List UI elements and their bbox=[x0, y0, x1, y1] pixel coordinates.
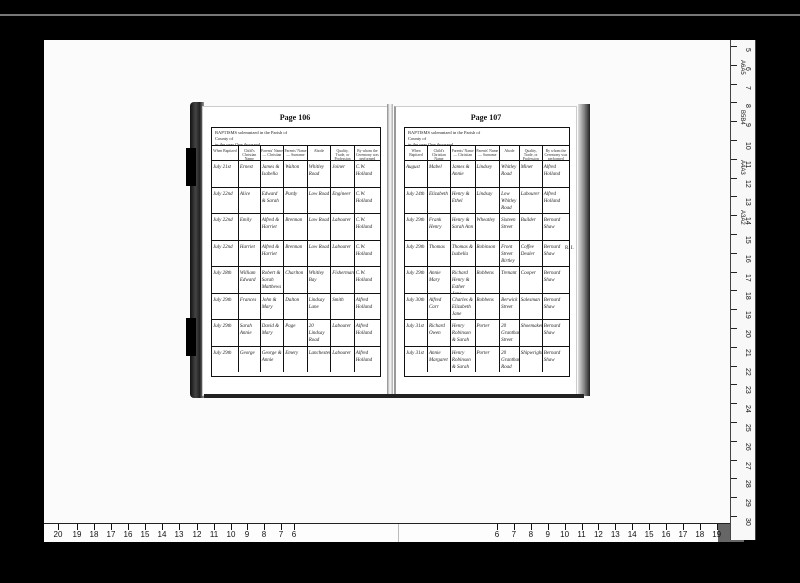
col-header: Abode bbox=[308, 146, 332, 160]
entry-date: July 28th bbox=[212, 267, 239, 293]
entry-child: Frances bbox=[239, 294, 261, 320]
entry-christian: Alfred & Harriet bbox=[261, 214, 285, 240]
entry-date: July 29th bbox=[405, 241, 428, 267]
ruler-label: 10 bbox=[227, 530, 236, 539]
right-page: Page 107 BAPTISMS solemnized in the Pari… bbox=[394, 106, 577, 396]
book-edge-right bbox=[578, 104, 590, 396]
ruler-label: 9 bbox=[744, 123, 751, 127]
entry-date: July 31st bbox=[405, 347, 428, 373]
entry-trade: Joiner bbox=[331, 161, 355, 187]
bottom-measuring-ruler: 2019181716151413121110987667891011121314… bbox=[44, 523, 744, 542]
ruler-label: 28 bbox=[744, 480, 751, 488]
entry-trade: Labourer bbox=[520, 188, 543, 214]
register-entry-row: July 31stAnnie MargaretHenry Robinson & … bbox=[405, 347, 569, 373]
entry-child: Alice bbox=[239, 188, 261, 214]
ruler-label: 18 bbox=[744, 292, 751, 300]
entry-by-whom: Alfred Holland bbox=[355, 347, 380, 373]
col-header: When Baptized bbox=[212, 146, 239, 160]
entry-trade: Labourer bbox=[331, 320, 355, 346]
ruler-label: 20 bbox=[744, 330, 751, 338]
col-header: Parents' Name — Surname bbox=[284, 146, 308, 160]
left-page-title: Page 106 bbox=[203, 113, 387, 122]
paper-size-stamp: A6A5 bbox=[739, 60, 745, 75]
right-entries: AugustMabelJames & AnnieLindseyWhitley R… bbox=[405, 161, 569, 372]
entry-child: Richard Owen bbox=[428, 320, 451, 346]
entry-child: Mabel bbox=[428, 161, 451, 187]
ruler-label: 21 bbox=[744, 349, 751, 357]
right-register-table: BAPTISMS solemnized in the Parish of Cou… bbox=[404, 127, 570, 377]
ruler-tick bbox=[731, 121, 737, 122]
ruler-label: 27 bbox=[744, 462, 751, 470]
ruler-tick bbox=[731, 253, 737, 254]
entry-by-whom: Alfred Holland bbox=[543, 188, 569, 214]
register-entry-row: July 22ndEmilyAlfred & HarrietBrennanLow… bbox=[212, 214, 380, 241]
ruler-tick bbox=[731, 309, 737, 310]
ruler-label: 10 bbox=[744, 142, 751, 150]
ruler-tick bbox=[731, 215, 737, 216]
ruler-label: 13 bbox=[175, 530, 184, 539]
ruler-label: 16 bbox=[744, 255, 751, 263]
binding-tab-bottom bbox=[186, 318, 196, 356]
col-header: Child's Christian Name bbox=[428, 146, 451, 160]
entry-date: July 24th bbox=[405, 188, 428, 214]
entry-trade: Fisherman bbox=[331, 267, 355, 293]
entry-abode: Lindsay Lane bbox=[308, 294, 332, 320]
ruler-tick bbox=[731, 272, 737, 273]
entry-date: August bbox=[405, 161, 428, 187]
paper-size-stamp: A4A3 bbox=[739, 160, 745, 175]
entry-child: William Edward bbox=[239, 267, 261, 293]
right-column-headers: When Baptized Child's Christian Name Par… bbox=[405, 146, 569, 161]
ruler-tick bbox=[731, 516, 737, 517]
entry-date: July 29th bbox=[405, 267, 428, 293]
col-header: When Baptized bbox=[405, 146, 428, 160]
ruler-label: 17 bbox=[744, 274, 751, 282]
entry-surname: Brennan bbox=[284, 241, 308, 267]
entry-date: July 30th bbox=[405, 294, 428, 320]
ruler-label: 9 bbox=[245, 530, 249, 539]
register-entry-row: July 29thFrank HenryHenry & Sarah AnnWhe… bbox=[405, 214, 569, 241]
book-gutter bbox=[387, 104, 393, 396]
ruler-label: 29 bbox=[744, 499, 751, 507]
ruler-label: 5 bbox=[744, 48, 751, 52]
ruler-tick bbox=[731, 46, 737, 47]
entry-surname: Page bbox=[284, 320, 308, 346]
register-entry-row: July 29thGeorgeGeorge & AnnieEmeryLanche… bbox=[212, 347, 380, 373]
scan-edge-line bbox=[0, 14, 800, 16]
entry-surname: Lindsay bbox=[476, 188, 501, 214]
entry-trade: Miner bbox=[520, 161, 543, 187]
entry-date: July 29th bbox=[212, 347, 239, 373]
entry-abode: Whitley Bay bbox=[308, 267, 332, 293]
register-entry-row: July 21stErnestJames & IsabellaWaltonWhi… bbox=[212, 161, 380, 188]
ruler-tick bbox=[731, 328, 737, 329]
entry-trade: Cooper bbox=[520, 267, 543, 293]
ruler-tick bbox=[731, 460, 737, 461]
ruler-label: 6 bbox=[495, 530, 499, 539]
entry-christian: Charles & Elizabeth Jane bbox=[451, 294, 476, 320]
entry-surname: Lindsey bbox=[476, 161, 501, 187]
entry-christian: Thomas & Isabella bbox=[451, 241, 476, 267]
entry-by-whom: C.W. Holland bbox=[355, 188, 380, 214]
entry-abode: Whitley Road bbox=[500, 161, 520, 187]
entry-abode: Berwick Street bbox=[500, 294, 520, 320]
entry-child: Annie Margaret bbox=[428, 347, 451, 373]
ruler-label: 6 bbox=[292, 530, 296, 539]
ruler-label: 15 bbox=[645, 530, 654, 539]
entry-by-whom: Alfred Holland bbox=[543, 161, 569, 187]
ruler-label: 13 bbox=[611, 530, 620, 539]
col-header: Abode bbox=[500, 146, 520, 160]
ruler-label: 22 bbox=[744, 368, 751, 376]
entry-abode: Lanchester bbox=[308, 347, 332, 373]
ruler-tick bbox=[731, 65, 737, 66]
ruler-join bbox=[398, 524, 399, 542]
entry-child: Annie Mary bbox=[428, 267, 451, 293]
margin-note: R. I. bbox=[565, 246, 574, 251]
entry-trade: Labourer bbox=[331, 214, 355, 240]
left-column-headers: When Baptized Child's Christian Name Par… bbox=[212, 146, 380, 161]
entry-surname: Brennan bbox=[284, 214, 308, 240]
entry-abode: Low Whitley Road bbox=[500, 188, 520, 214]
entry-trade: Salesman bbox=[520, 294, 543, 320]
ruler-tick bbox=[731, 441, 737, 442]
entry-surname: Wheatley bbox=[476, 214, 501, 240]
col-header: Child's Christian Name bbox=[239, 146, 261, 160]
ruler-label: 30 bbox=[744, 518, 751, 526]
entry-date: July 29th bbox=[212, 294, 239, 320]
entry-abode: 20 Grantham Road bbox=[500, 347, 520, 373]
left-entries: July 21stErnestJames & IsabellaWaltonWhi… bbox=[212, 161, 380, 372]
paper-size-stamp: B5B4 bbox=[739, 110, 745, 125]
entry-surname: Walton bbox=[284, 161, 308, 187]
entry-child: Frank Henry bbox=[428, 214, 451, 240]
ruler-tick bbox=[731, 422, 737, 423]
entry-trade: Labourer bbox=[331, 241, 355, 267]
binding-tab-top bbox=[186, 148, 196, 186]
register-entry-row: July 31stRichard OwenHenry Robinson & Sa… bbox=[405, 320, 569, 347]
ruler-label: 24 bbox=[744, 405, 751, 413]
entry-surname: Porter bbox=[476, 320, 501, 346]
entry-christian: John & Mary bbox=[261, 294, 285, 320]
entry-child: Thomas bbox=[428, 241, 451, 267]
entry-christian: Henry Robinson & Sarah bbox=[451, 320, 476, 346]
col-header: By whom the Ceremony was performed bbox=[543, 146, 569, 160]
ruler-label: 25 bbox=[744, 424, 751, 432]
entry-date: July 22nd bbox=[212, 214, 239, 240]
entry-child: Elizabeth bbox=[428, 188, 451, 214]
entry-surname: Dalton bbox=[284, 294, 308, 320]
entry-christian: Robert & Sarah Matthews bbox=[261, 267, 285, 293]
ruler-label: 7 bbox=[744, 86, 751, 90]
entry-by-whom: C.W. Holland bbox=[355, 241, 380, 267]
entry-christian: James & Annie bbox=[451, 161, 476, 187]
ruler-label: 18 bbox=[695, 530, 704, 539]
entry-trade: Labourer bbox=[331, 347, 355, 373]
col-header: Parents' Name — Surname bbox=[476, 146, 501, 160]
left-register-header: BAPTISMS solemnized in the Parish of Cou… bbox=[212, 128, 380, 146]
ruler-label: 19 bbox=[73, 530, 82, 539]
entry-by-whom: C.W. Holland bbox=[355, 161, 380, 187]
ruler-tick bbox=[731, 140, 737, 141]
ruler-label: 26 bbox=[744, 443, 751, 451]
ruler-label: 20 bbox=[54, 530, 63, 539]
ruler-label: 19 bbox=[744, 311, 751, 319]
register-entry-row: July 30thAlfred CarrCharles & Elizabeth … bbox=[405, 294, 569, 321]
ruler-tick bbox=[731, 347, 737, 348]
paper-size-stamp: A3A2 bbox=[739, 210, 745, 225]
entry-abode: Front Street Birtley bbox=[500, 241, 520, 267]
ruler-tick bbox=[731, 178, 737, 179]
entry-child: George bbox=[239, 347, 261, 373]
entry-abode: Low Road bbox=[308, 188, 332, 214]
ruler-label: 11 bbox=[210, 530, 218, 539]
ruler-label: 11 bbox=[744, 161, 751, 168]
register-entry-row: July 22ndHarrietAlfred & HarrietBrennanL… bbox=[212, 241, 380, 268]
entry-abode: 20 Lindsay Road bbox=[308, 320, 332, 346]
entry-child: Alfred Carr bbox=[428, 294, 451, 320]
entry-surname: Robbens bbox=[476, 294, 501, 320]
entry-christian: James & Isabella bbox=[261, 161, 285, 187]
ruler-tick bbox=[731, 403, 737, 404]
entry-surname: Emery bbox=[284, 347, 308, 373]
left-page: Page 106 BAPTISMS solemnized in the Pari… bbox=[202, 106, 389, 396]
entry-christian: Henry Robinson & Sarah bbox=[451, 347, 476, 373]
ruler-label: 16 bbox=[124, 530, 133, 539]
entry-date: July 29th bbox=[212, 320, 239, 346]
col-header: By whom the Ceremony was performed bbox=[355, 146, 380, 160]
ruler-label: 10 bbox=[560, 530, 569, 539]
ruler-tick bbox=[731, 196, 737, 197]
ruler-label: 8 bbox=[262, 530, 266, 539]
entry-by-whom: Alfred Holland bbox=[355, 294, 380, 320]
entry-by-whom: Bernard Shaw bbox=[543, 214, 569, 240]
entry-abode: Low Road bbox=[308, 241, 332, 267]
entry-by-whom: Alfred Holland bbox=[355, 320, 380, 346]
ruler-label: 17 bbox=[107, 530, 116, 539]
ruler-tick bbox=[731, 102, 737, 103]
entry-date: July 22nd bbox=[212, 241, 239, 267]
right-register-header: BAPTISMS solemnized in the Parish of Cou… bbox=[405, 128, 569, 146]
entry-abode: Whitley Road bbox=[308, 161, 332, 187]
entry-by-whom: Bernard Shaw bbox=[543, 347, 569, 373]
entry-trade: Shoemaker bbox=[520, 320, 543, 346]
register-entry-row: AugustMabelJames & AnnieLindseyWhitley R… bbox=[405, 161, 569, 188]
entry-by-whom: Bernard Shaw bbox=[543, 267, 569, 293]
ruler-label: 23 bbox=[744, 386, 751, 394]
entry-abode: 20 Grantham Street bbox=[500, 320, 520, 346]
ruler-label: 15 bbox=[141, 530, 150, 539]
entry-child: Emily bbox=[239, 214, 261, 240]
entry-christian: Richard Henry & Esther Jane bbox=[451, 267, 476, 293]
entry-abode: Low Road bbox=[308, 214, 332, 240]
ruler-label: 15 bbox=[744, 236, 751, 244]
ruler-label: 18 bbox=[90, 530, 99, 539]
ruler-label: 7 bbox=[279, 530, 283, 539]
ruler-tick bbox=[731, 366, 737, 367]
entry-by-whom: C.W. Holland bbox=[355, 267, 380, 293]
register-entry-row: July 29thSarah AnnieDavid & MaryPage20 L… bbox=[212, 320, 380, 347]
register-book: Page 106 BAPTISMS solemnized in the Pari… bbox=[186, 100, 594, 400]
entry-child: Ernest bbox=[239, 161, 261, 187]
left-register-table: BAPTISMS solemnized in the Parish of Cou… bbox=[211, 127, 381, 377]
ruler-label: 11 bbox=[577, 530, 585, 539]
book-bottom-edge bbox=[204, 394, 584, 398]
ruler-tick bbox=[731, 84, 737, 85]
ruler-tick bbox=[731, 159, 737, 160]
entry-christian: Alfred & Harriet bbox=[261, 241, 285, 267]
ruler-label: 7 bbox=[512, 530, 516, 539]
register-entry-row: July 29thThomasThomas & IsabellaRobinson… bbox=[405, 241, 569, 268]
right-page-title: Page 107 bbox=[396, 113, 576, 122]
register-entry-row: July 29thFrancesJohn & MaryDaltonLindsay… bbox=[212, 294, 380, 321]
col-header: Parents' Name — Christian bbox=[451, 146, 476, 160]
register-entry-row: July 28thWilliam EdwardRobert & Sarah Ma… bbox=[212, 267, 380, 294]
entry-trade: Builder bbox=[520, 214, 543, 240]
ruler-label: 6 bbox=[744, 67, 751, 71]
entry-christian: Henry & Sarah Ann bbox=[451, 214, 476, 240]
entry-trade: Coffee Dealer bbox=[520, 241, 543, 267]
entry-date: July 22nd bbox=[212, 188, 239, 214]
ruler-tick bbox=[731, 478, 737, 479]
ruler-tick bbox=[731, 234, 737, 235]
entry-surname: Robbens bbox=[476, 267, 501, 293]
col-header: Quality, Trade, or Profession bbox=[520, 146, 543, 160]
entry-abode: Sixteen Street bbox=[500, 214, 520, 240]
ruler-label: 13 bbox=[744, 198, 751, 206]
entry-trade: Smith bbox=[331, 294, 355, 320]
ruler-label: 19 bbox=[712, 530, 721, 539]
ruler-tick bbox=[731, 497, 737, 498]
entry-by-whom: Bernard Shaw bbox=[543, 294, 569, 320]
entry-date: July 31st bbox=[405, 320, 428, 346]
ruler-label: 12 bbox=[193, 530, 202, 539]
entry-trade: Engineer bbox=[331, 188, 355, 214]
entry-by-whom: Bernard Shaw bbox=[543, 320, 569, 346]
ruler-tick bbox=[731, 290, 737, 291]
entry-date: July 21st bbox=[212, 161, 239, 187]
entry-christian: Henry & Ethel bbox=[451, 188, 476, 214]
ruler-label: 17 bbox=[678, 530, 687, 539]
col-header: Quality, Trade, or Profession bbox=[331, 146, 355, 160]
entry-child: Sarah Annie bbox=[239, 320, 261, 346]
ruler-label: 8 bbox=[744, 104, 751, 108]
entry-christian: Edward & Sarah bbox=[261, 188, 285, 214]
entry-trade: Shipwright bbox=[520, 347, 543, 373]
ruler-label: 8 bbox=[529, 530, 533, 539]
ruler-label: 12 bbox=[744, 180, 751, 188]
ruler-label: 9 bbox=[545, 530, 549, 539]
ruler-label: 14 bbox=[628, 530, 637, 539]
entry-surname: Robinson bbox=[476, 241, 501, 267]
ruler-label: 14 bbox=[158, 530, 167, 539]
entry-surname: Porter bbox=[476, 347, 501, 373]
ruler-label: 16 bbox=[662, 530, 671, 539]
entry-by-whom: C.W. Holland bbox=[355, 214, 380, 240]
col-header: Parents' Name — Christian bbox=[261, 146, 285, 160]
register-entry-row: July 29thAnnie MaryRichard Henry & Esthe… bbox=[405, 267, 569, 294]
right-measuring-ruler: 5678910111213141516171819202122232425262… bbox=[730, 40, 756, 540]
ruler-tick bbox=[731, 384, 737, 385]
ruler-label: 14 bbox=[744, 217, 751, 225]
entry-surname: Purdy bbox=[284, 188, 308, 214]
entry-surname: Charlton bbox=[284, 267, 308, 293]
ruler-label: 12 bbox=[594, 530, 603, 539]
register-entry-row: July 24thElizabethHenry & EthelLindsayLo… bbox=[405, 188, 569, 215]
entry-abode: Trenant bbox=[500, 267, 520, 293]
entry-christian: David & Mary bbox=[261, 320, 285, 346]
entry-by-whom: Bernard Shaw bbox=[543, 241, 569, 267]
register-entry-row: July 22ndAliceEdward & SarahPurdyLow Roa… bbox=[212, 188, 380, 215]
entry-date: July 29th bbox=[405, 214, 428, 240]
entry-child: Harriet bbox=[239, 241, 261, 267]
entry-christian: George & Annie bbox=[261, 347, 285, 373]
